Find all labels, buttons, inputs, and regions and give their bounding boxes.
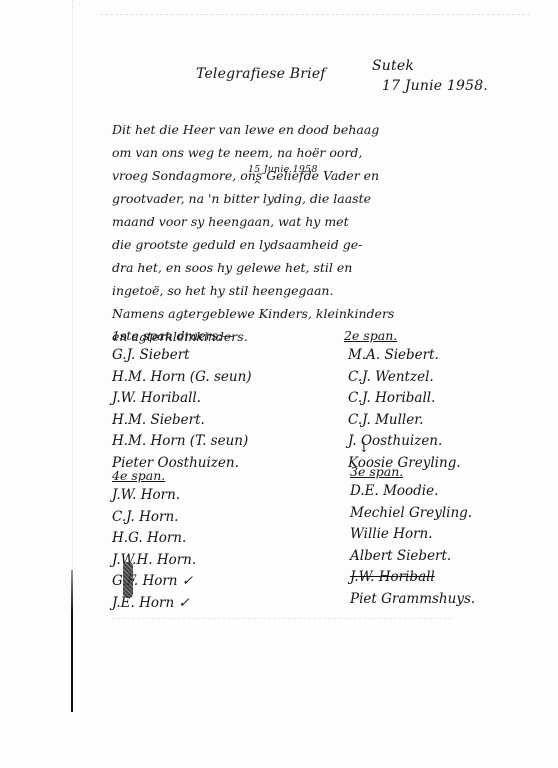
bearer-name: M.A. Siebert. (344, 345, 461, 367)
group-heading: 4e span. (112, 466, 196, 485)
bearer-name: D.E. Moodie. (350, 481, 475, 503)
group-heading: 1ste span draers:— (112, 326, 252, 345)
bearer-name: C.J. Horiball. (344, 388, 461, 410)
bearer-name: Piet Grammshuys. (350, 589, 475, 611)
down-arrow-icon: ↓ (358, 440, 370, 456)
bearer-name: Mechiel Greyling. (350, 503, 475, 525)
bearer-name: C.J. Wentzel. (344, 367, 461, 389)
letter-place: Sutek (372, 58, 414, 74)
body-line: om van ons weg te neem, na hoër oord, (112, 141, 522, 164)
page-top-edge (100, 14, 530, 15)
inserted-date-annotation: 15 Junie 1958 (248, 164, 318, 175)
faint-bottom-mark (112, 618, 452, 619)
bearer-name: Albert Siebert. (350, 546, 475, 568)
body-line: Namens agtergeblewe Kinders, kleinkinder… (112, 302, 522, 325)
group-heading: 3e span. (350, 462, 475, 481)
letter-body: Dit het die Heer van lewe en dood behaag… (112, 118, 522, 348)
bearer-name: J.W. Horiball. (112, 388, 252, 410)
letter-date: 17 Junie 1958. (382, 78, 488, 94)
insertion-caret-mark: ^ (253, 180, 262, 191)
scribbled-out-initials (123, 562, 133, 598)
scanned-letter-page: Telegrafiese Brief Sutek 17 Junie 1958. … (0, 0, 558, 768)
bearers-group-3: 3e span. D.E. Moodie. Mechiel Greyling. … (350, 462, 475, 610)
bearer-name: H.M. Horn (T. seun) (112, 431, 252, 453)
bearer-name: H.M. Horn (G. seun) (112, 367, 252, 389)
body-line: maand voor sy heengaan, wat hy met (112, 210, 522, 233)
bearer-name: H.G. Horn. (112, 528, 196, 550)
body-line: Dit het die Heer van lewe en dood behaag (112, 118, 522, 141)
body-line: grootvader, na 'n bitter lyding, die laa… (112, 187, 522, 210)
letter-title: Telegrafiese Brief (196, 66, 326, 82)
body-line: ingetoë, so het hy stil heengegaan. (112, 279, 522, 302)
left-margin-faint-line (72, 0, 73, 570)
bearers-group-1: 1ste span draers:— G.J. Siebert H.M. Hor… (112, 326, 252, 474)
bearer-name: G.J. Siebert (112, 345, 252, 367)
group-heading: 2e span. (344, 326, 461, 345)
bearer-name-struck: J.W. Horiball (350, 567, 475, 589)
bearer-name: H.M. Siebert. (112, 410, 252, 432)
bearer-name: Willie Horn. (350, 524, 475, 546)
body-line: die grootste geduld en lydsaamheid ge- (112, 233, 522, 256)
bearer-name: C.J. Horn. (112, 507, 196, 529)
bearer-name: C.J. Muller. (344, 410, 461, 432)
left-margin-dark-line (71, 570, 73, 712)
body-line: dra het, en soos hy gelewe het, stil en (112, 256, 522, 279)
bearer-name: J.W. Horn. (112, 485, 196, 507)
